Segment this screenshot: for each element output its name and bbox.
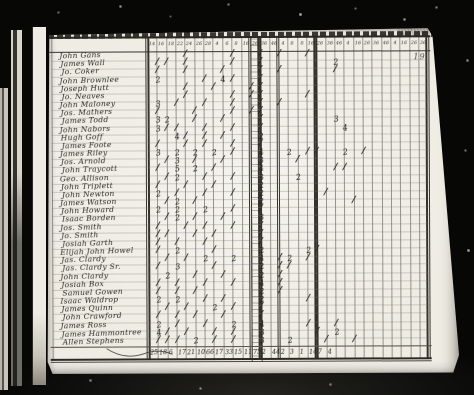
tally-mark: / bbox=[278, 286, 282, 296]
column-total: 1 bbox=[299, 348, 304, 355]
tally-mark: / bbox=[184, 253, 188, 263]
tally-mark: / bbox=[230, 57, 234, 67]
column-header: 46 bbox=[382, 38, 390, 48]
tally-mark: / bbox=[230, 73, 234, 83]
column-header: 22 bbox=[176, 39, 184, 49]
column-header: 16 bbox=[354, 38, 362, 48]
tally-mark: / bbox=[165, 254, 169, 264]
column-total: 17 bbox=[178, 349, 187, 357]
tally-mark: / bbox=[306, 294, 310, 304]
tally-mark: 3 bbox=[155, 124, 161, 134]
tally-mark: / bbox=[203, 278, 207, 288]
tally-mark: / bbox=[184, 221, 188, 231]
tally-mark: 2 bbox=[174, 295, 180, 305]
tally-mark: / bbox=[221, 131, 225, 141]
column-total: 14 bbox=[309, 348, 318, 356]
tally-mark: 2 bbox=[202, 254, 208, 264]
tally-mark: 2 bbox=[174, 173, 180, 183]
tally-mark: / bbox=[156, 262, 160, 272]
tally-mark: 2 bbox=[174, 246, 180, 256]
tally-mark: / bbox=[193, 229, 197, 239]
tally-mark: / bbox=[166, 303, 170, 313]
tally-mark: / bbox=[222, 270, 226, 280]
tally-mark: 2 bbox=[342, 147, 348, 157]
tally-mark: / bbox=[165, 213, 169, 223]
scanned-census-ledger: 19 1416182224262846816263646468162636464… bbox=[0, 0, 474, 395]
tally-mark: / bbox=[343, 163, 347, 173]
column-header: 4 bbox=[345, 38, 353, 48]
tally-mark: / bbox=[352, 196, 356, 206]
tally-mark: / bbox=[174, 98, 178, 108]
column-header: 26 bbox=[195, 39, 203, 49]
column-header: 4 bbox=[391, 38, 399, 48]
tally-mark: / bbox=[165, 123, 169, 133]
column-total: 2 bbox=[262, 348, 267, 355]
tally-mark: 3 bbox=[333, 115, 339, 125]
column-header: 26 bbox=[410, 38, 418, 48]
tally-mark: / bbox=[203, 237, 207, 247]
column-total: 21 bbox=[187, 348, 196, 356]
tally-mark: 2 bbox=[212, 303, 218, 313]
tally-mark: / bbox=[305, 147, 309, 157]
tally-mark: / bbox=[165, 155, 169, 165]
tally-mark: / bbox=[211, 82, 215, 92]
column-header: 36 bbox=[260, 38, 268, 48]
tally-mark: / bbox=[249, 90, 253, 100]
column-header: 18 bbox=[167, 39, 175, 49]
tally-mark: 2 bbox=[296, 172, 302, 182]
column-total: 10 bbox=[197, 348, 206, 356]
tally-mark: 2 bbox=[202, 205, 208, 215]
column-header: 14 bbox=[148, 39, 156, 49]
tally-mark: / bbox=[184, 139, 188, 149]
scan-dust-specks bbox=[0, 0, 1, 1]
tally-mark: / bbox=[333, 163, 337, 173]
tally-mark: / bbox=[231, 188, 235, 198]
column-header: 24 bbox=[186, 39, 194, 49]
column-header: 28 bbox=[204, 38, 212, 48]
tally-mark: 2 bbox=[334, 327, 340, 337]
column-header: 4 bbox=[279, 38, 287, 48]
column-total: 15 bbox=[234, 348, 243, 356]
tally-mark: / bbox=[315, 245, 319, 255]
ruled-vertical-lines bbox=[45, 25, 458, 27]
tally-mark: / bbox=[314, 147, 318, 157]
tally-mark: / bbox=[212, 261, 216, 271]
grid-horizontal-rule bbox=[51, 360, 432, 363]
tally-mark: 3 bbox=[155, 148, 161, 158]
tally-mark: 2 bbox=[286, 148, 292, 158]
column-header: 16 bbox=[158, 39, 166, 49]
tally-mark: / bbox=[277, 49, 281, 59]
tally-mark: / bbox=[325, 335, 329, 345]
column-total: 7 bbox=[318, 348, 323, 355]
column-header: 16 bbox=[401, 38, 409, 48]
tally-mark: / bbox=[212, 163, 216, 173]
tally-mark: / bbox=[306, 253, 310, 263]
tally-mark: / bbox=[193, 115, 197, 125]
tally-mark: 2 bbox=[155, 205, 161, 215]
column-header: 6 bbox=[288, 38, 296, 48]
tally-mark: / bbox=[202, 172, 206, 182]
tally-mark: / bbox=[212, 229, 216, 239]
tally-mark: / bbox=[203, 319, 207, 329]
tally-mark: / bbox=[194, 286, 198, 296]
tally-mark: / bbox=[231, 335, 235, 345]
tally-mark: / bbox=[249, 106, 253, 116]
column-total: 4 bbox=[327, 348, 332, 355]
column-total: 11 bbox=[243, 348, 252, 356]
tally-mark: / bbox=[165, 229, 169, 239]
tally-mark: / bbox=[315, 326, 319, 336]
tally-mark: 3 bbox=[174, 262, 180, 272]
tally-mark: 2 bbox=[287, 335, 293, 345]
tally-mark: / bbox=[221, 114, 225, 124]
tally-mark: 2 bbox=[193, 336, 199, 346]
tally-mark: / bbox=[306, 318, 310, 328]
tally-mark: / bbox=[184, 327, 188, 337]
tally-mark: / bbox=[222, 294, 226, 304]
totals-flourish-line bbox=[105, 344, 175, 360]
tally-mark: / bbox=[230, 106, 234, 116]
tally-mark: / bbox=[193, 270, 197, 280]
tally-mark: 2 bbox=[193, 164, 199, 174]
column-header: 6 bbox=[223, 38, 231, 48]
tally-mark: 4 bbox=[342, 123, 348, 133]
ledger-page: 19 1416182224262846816263646468162636464… bbox=[46, 26, 459, 376]
column-total: 17 bbox=[215, 348, 224, 356]
column-header-row: 1416182224262846816263646468162636464162… bbox=[45, 25, 458, 27]
adjacent-page-edge-strip bbox=[0, 88, 8, 390]
tally-mark: / bbox=[194, 311, 198, 321]
tally-mark: / bbox=[202, 74, 206, 84]
tally-mark: 3 bbox=[259, 336, 265, 346]
tally-mark: 2 bbox=[211, 148, 217, 158]
tally-mark: / bbox=[305, 90, 309, 100]
tally-mark: / bbox=[184, 302, 188, 312]
column-total: 33 bbox=[225, 348, 234, 356]
tally-mark: / bbox=[193, 213, 197, 223]
column-header: 36 bbox=[326, 38, 334, 48]
tally-mark: / bbox=[361, 146, 365, 156]
tally-mark: / bbox=[165, 196, 169, 206]
tally-mark: / bbox=[277, 65, 281, 75]
tally-mark: / bbox=[231, 204, 235, 214]
tally-mark: / bbox=[305, 49, 309, 59]
tally-mark: / bbox=[175, 319, 179, 329]
tally-mark: / bbox=[193, 196, 197, 206]
tally-mark: 2 bbox=[230, 254, 236, 264]
column-total: 44 bbox=[271, 348, 280, 356]
tally-mark: / bbox=[231, 302, 235, 312]
tally-mark: / bbox=[221, 212, 225, 222]
column-header: 8 bbox=[298, 38, 306, 48]
tally-mark: / bbox=[212, 180, 216, 190]
tally-mark: / bbox=[296, 155, 300, 165]
column-header: 4 bbox=[214, 38, 222, 48]
tally-mark: / bbox=[212, 335, 216, 345]
tally-mark: / bbox=[183, 90, 187, 100]
tally-mark: 2 bbox=[165, 271, 171, 281]
tally-mark: / bbox=[165, 172, 169, 182]
tally-mark: / bbox=[230, 172, 234, 182]
tally-mark: / bbox=[324, 187, 328, 197]
tally-mark: / bbox=[222, 310, 226, 320]
column-header: 26 bbox=[363, 38, 371, 48]
tally-mark: / bbox=[231, 278, 235, 288]
tally-mark: / bbox=[221, 155, 225, 165]
tally-mark: / bbox=[231, 221, 235, 231]
tally-mark: / bbox=[230, 147, 234, 157]
adjacent-page-edge-strip bbox=[32, 27, 46, 385]
tally-mark: / bbox=[287, 261, 291, 271]
column-total: 2 bbox=[281, 348, 286, 355]
column-total: 66 bbox=[206, 348, 215, 356]
tally-mark: / bbox=[277, 98, 281, 108]
tally-mark: / bbox=[202, 98, 206, 108]
tally-mark: / bbox=[202, 188, 206, 198]
column-total: 75 bbox=[253, 348, 262, 356]
tally-mark: / bbox=[203, 294, 207, 304]
ledger-grid: 19 1416182224262846816263646468162636464… bbox=[45, 25, 460, 377]
tally-mark: / bbox=[156, 164, 160, 174]
tally-mark: 2 bbox=[156, 295, 162, 305]
tally-mark: / bbox=[175, 335, 179, 345]
column-header: 26 bbox=[317, 38, 325, 48]
column-header: 36 bbox=[373, 38, 381, 48]
tally-mark: / bbox=[156, 245, 160, 255]
tally-mark: / bbox=[202, 139, 206, 149]
tally-mark: / bbox=[212, 245, 216, 255]
tally-mark: / bbox=[230, 123, 234, 133]
tally-mark: 2 bbox=[155, 189, 161, 199]
tally-mark: / bbox=[164, 57, 168, 67]
tally-mark: 2 bbox=[155, 75, 161, 85]
tally-mark: / bbox=[353, 334, 357, 344]
tally-mark: / bbox=[203, 221, 207, 231]
tally-mark: / bbox=[183, 66, 187, 76]
tally-mark: / bbox=[333, 65, 337, 75]
adjacent-page-edge-strip bbox=[11, 30, 22, 386]
tally-mark: 4 bbox=[220, 74, 226, 84]
column-total: 3 bbox=[290, 348, 295, 355]
column-header: 8 bbox=[232, 38, 240, 48]
tally-mark: 4 bbox=[174, 132, 180, 142]
entry-rows: John Gans/////James Wall/////2Jo. Coker/… bbox=[45, 25, 458, 27]
column-header: 46 bbox=[335, 38, 343, 48]
tally-mark: / bbox=[184, 180, 188, 190]
ruled-horizontal-lines bbox=[45, 25, 458, 27]
tally-mark: 2 bbox=[174, 213, 180, 223]
